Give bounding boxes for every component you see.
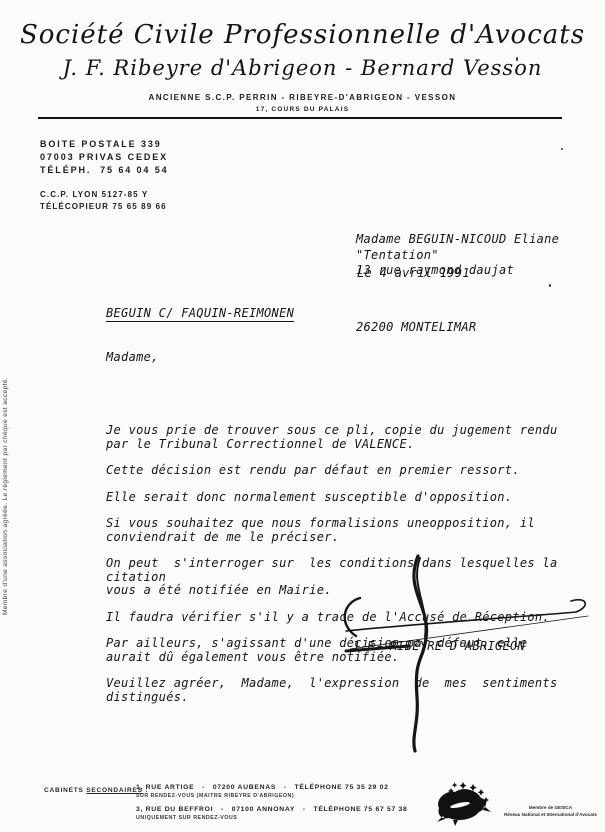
- office-address-line: 3, RUE DU BEFFROI - 07100 ANNONAY - TÉLÉ…: [136, 806, 436, 813]
- street-address: 17, COURS DU PALAIS: [0, 106, 605, 113]
- margin-membership-note: Membre d'une association agréée. Le règl…: [2, 275, 9, 615]
- recipient-line: Madame BEGUIN-NICOUD Eliane: [356, 232, 559, 248]
- paragraph: Elle serait donc normalement susceptible…: [106, 491, 596, 505]
- sender-line: 07003 PRIVAS CEDEX: [40, 151, 169, 164]
- paragraph: Cette décision est rendu par défaut en p…: [106, 464, 596, 478]
- header-divider: [38, 117, 562, 119]
- gesica-caption-line2: Réseau National et International d'Avoca…: [498, 812, 603, 819]
- text-line: Je vous prie de trouver sous ce pli, cop…: [106, 424, 596, 438]
- sender-postal-lines: BOITE POSTALE 33907003 PRIVAS CEDEXTÉLÉP…: [40, 138, 169, 177]
- office-note: UNIQUEMENT SUR RENDEZ-VOUS: [136, 815, 436, 821]
- sender-block: BOITE POSTALE 33907003 PRIVAS CEDEXTÉLÉP…: [40, 138, 169, 213]
- scan-speck: [428, 238, 430, 240]
- text-line: Elle serait donc normalement susceptible…: [106, 491, 596, 505]
- text-line: Il faudra vérifier s'il y a trace de l'A…: [106, 611, 596, 625]
- scan-speck: [516, 57, 518, 61]
- letter-date: Le 4 avril 1991: [357, 266, 470, 280]
- text-line: Cette décision est rendu par défaut en p…: [106, 464, 596, 478]
- sender-line: TÉLÉPH. 75 64 04 54: [40, 164, 169, 177]
- recipient-line: "Tentation": [356, 248, 559, 264]
- office-entry: 3, RUE DU BEFFROI - 07100 ANNONAY - TÉLÉ…: [136, 806, 436, 821]
- text-line: On peut s'interroger sur les conditions …: [106, 557, 596, 584]
- sender-line: C.C.P. LYON 5127-85 Y: [40, 189, 169, 201]
- secondary-offices-label: CABINETS SECONDAIRES :: [44, 787, 148, 794]
- letter-body: Je vous prie de trouver sous ce pli, cop…: [106, 382, 596, 717]
- paragraph: Je vous prie de trouver sous ce pli, cop…: [106, 424, 596, 451]
- gesica-logo-icon: [433, 780, 497, 828]
- sender-contact-lines: C.C.P. LYON 5127-85 YTÉLÉCOPIEUR 75 65 8…: [40, 189, 169, 213]
- sender-line: BOITE POSTALE 339: [40, 138, 169, 151]
- footer-label-underlined: SECONDAIRES: [86, 787, 142, 794]
- text-line: vous a été notifiée en Mairie.: [106, 584, 596, 598]
- recipient-city: 26200 MONTELIMAR: [356, 320, 559, 334]
- paragraph: Veuillez agréer, Madame, l'expression de…: [106, 677, 596, 704]
- text-line: Veuillez agréer, Madame, l'expression de…: [106, 677, 596, 691]
- case-reference: BEGUIN C/ FAQUIN-REIMONEN: [106, 306, 294, 322]
- paragraph: Si vous souhaitez que nous formalisions …: [106, 517, 596, 544]
- former-firm-name: ANCIENNE S.C.P. PERRIN - RIBEYRE-D'ABRIG…: [0, 93, 605, 102]
- text-line: par le Tribunal Correctionnel de VALENCE…: [106, 438, 596, 452]
- footer-label-pre: CABINETS: [44, 787, 86, 794]
- partners-names: J. F. Ribeyre d'Abrigeon - Bernard Vesso…: [0, 56, 605, 80]
- text-line: distingués.: [106, 691, 596, 705]
- signature-typed-name: J.F. RIBEYRE D'ABRIGEON: [352, 639, 525, 653]
- paragraph: On peut s'interroger sur les conditions …: [106, 557, 596, 598]
- recipient-block: Madame BEGUIN-NICOUD Eliane"Tentation"13…: [356, 162, 559, 362]
- salutation: Madame,: [106, 350, 159, 364]
- letter-page: Société Civile Professionnelle d'Avocats…: [0, 0, 605, 832]
- paragraph: Il faudra vérifier s'il y a trace de l'A…: [106, 611, 596, 625]
- sender-line: TÉLÉCOPIEUR 75 65 89 66: [40, 201, 169, 213]
- text-line: conviendrait de me le préciser.: [106, 531, 596, 545]
- secondary-offices-list: 1, RUE ARTIGE - 07200 AUBENAS - TÉLÉPHON…: [136, 784, 436, 828]
- text-line: Si vous souhaitez que nous formalisions …: [106, 517, 596, 531]
- gesica-captions: Membre de GESICA Réseau National et Inte…: [498, 805, 603, 818]
- scan-speck: [549, 284, 551, 287]
- scan-speck: [561, 148, 563, 150]
- office-note: SUR RENDEZ-VOUS (MAITRE RIBEYRE D'ABRIGE…: [136, 793, 436, 799]
- office-entry: 1, RUE ARTIGE - 07200 AUBENAS - TÉLÉPHON…: [136, 784, 436, 799]
- firm-name: Société Civile Professionnelle d'Avocats: [0, 20, 605, 50]
- office-address-line: 1, RUE ARTIGE - 07200 AUBENAS - TÉLÉPHON…: [136, 784, 436, 791]
